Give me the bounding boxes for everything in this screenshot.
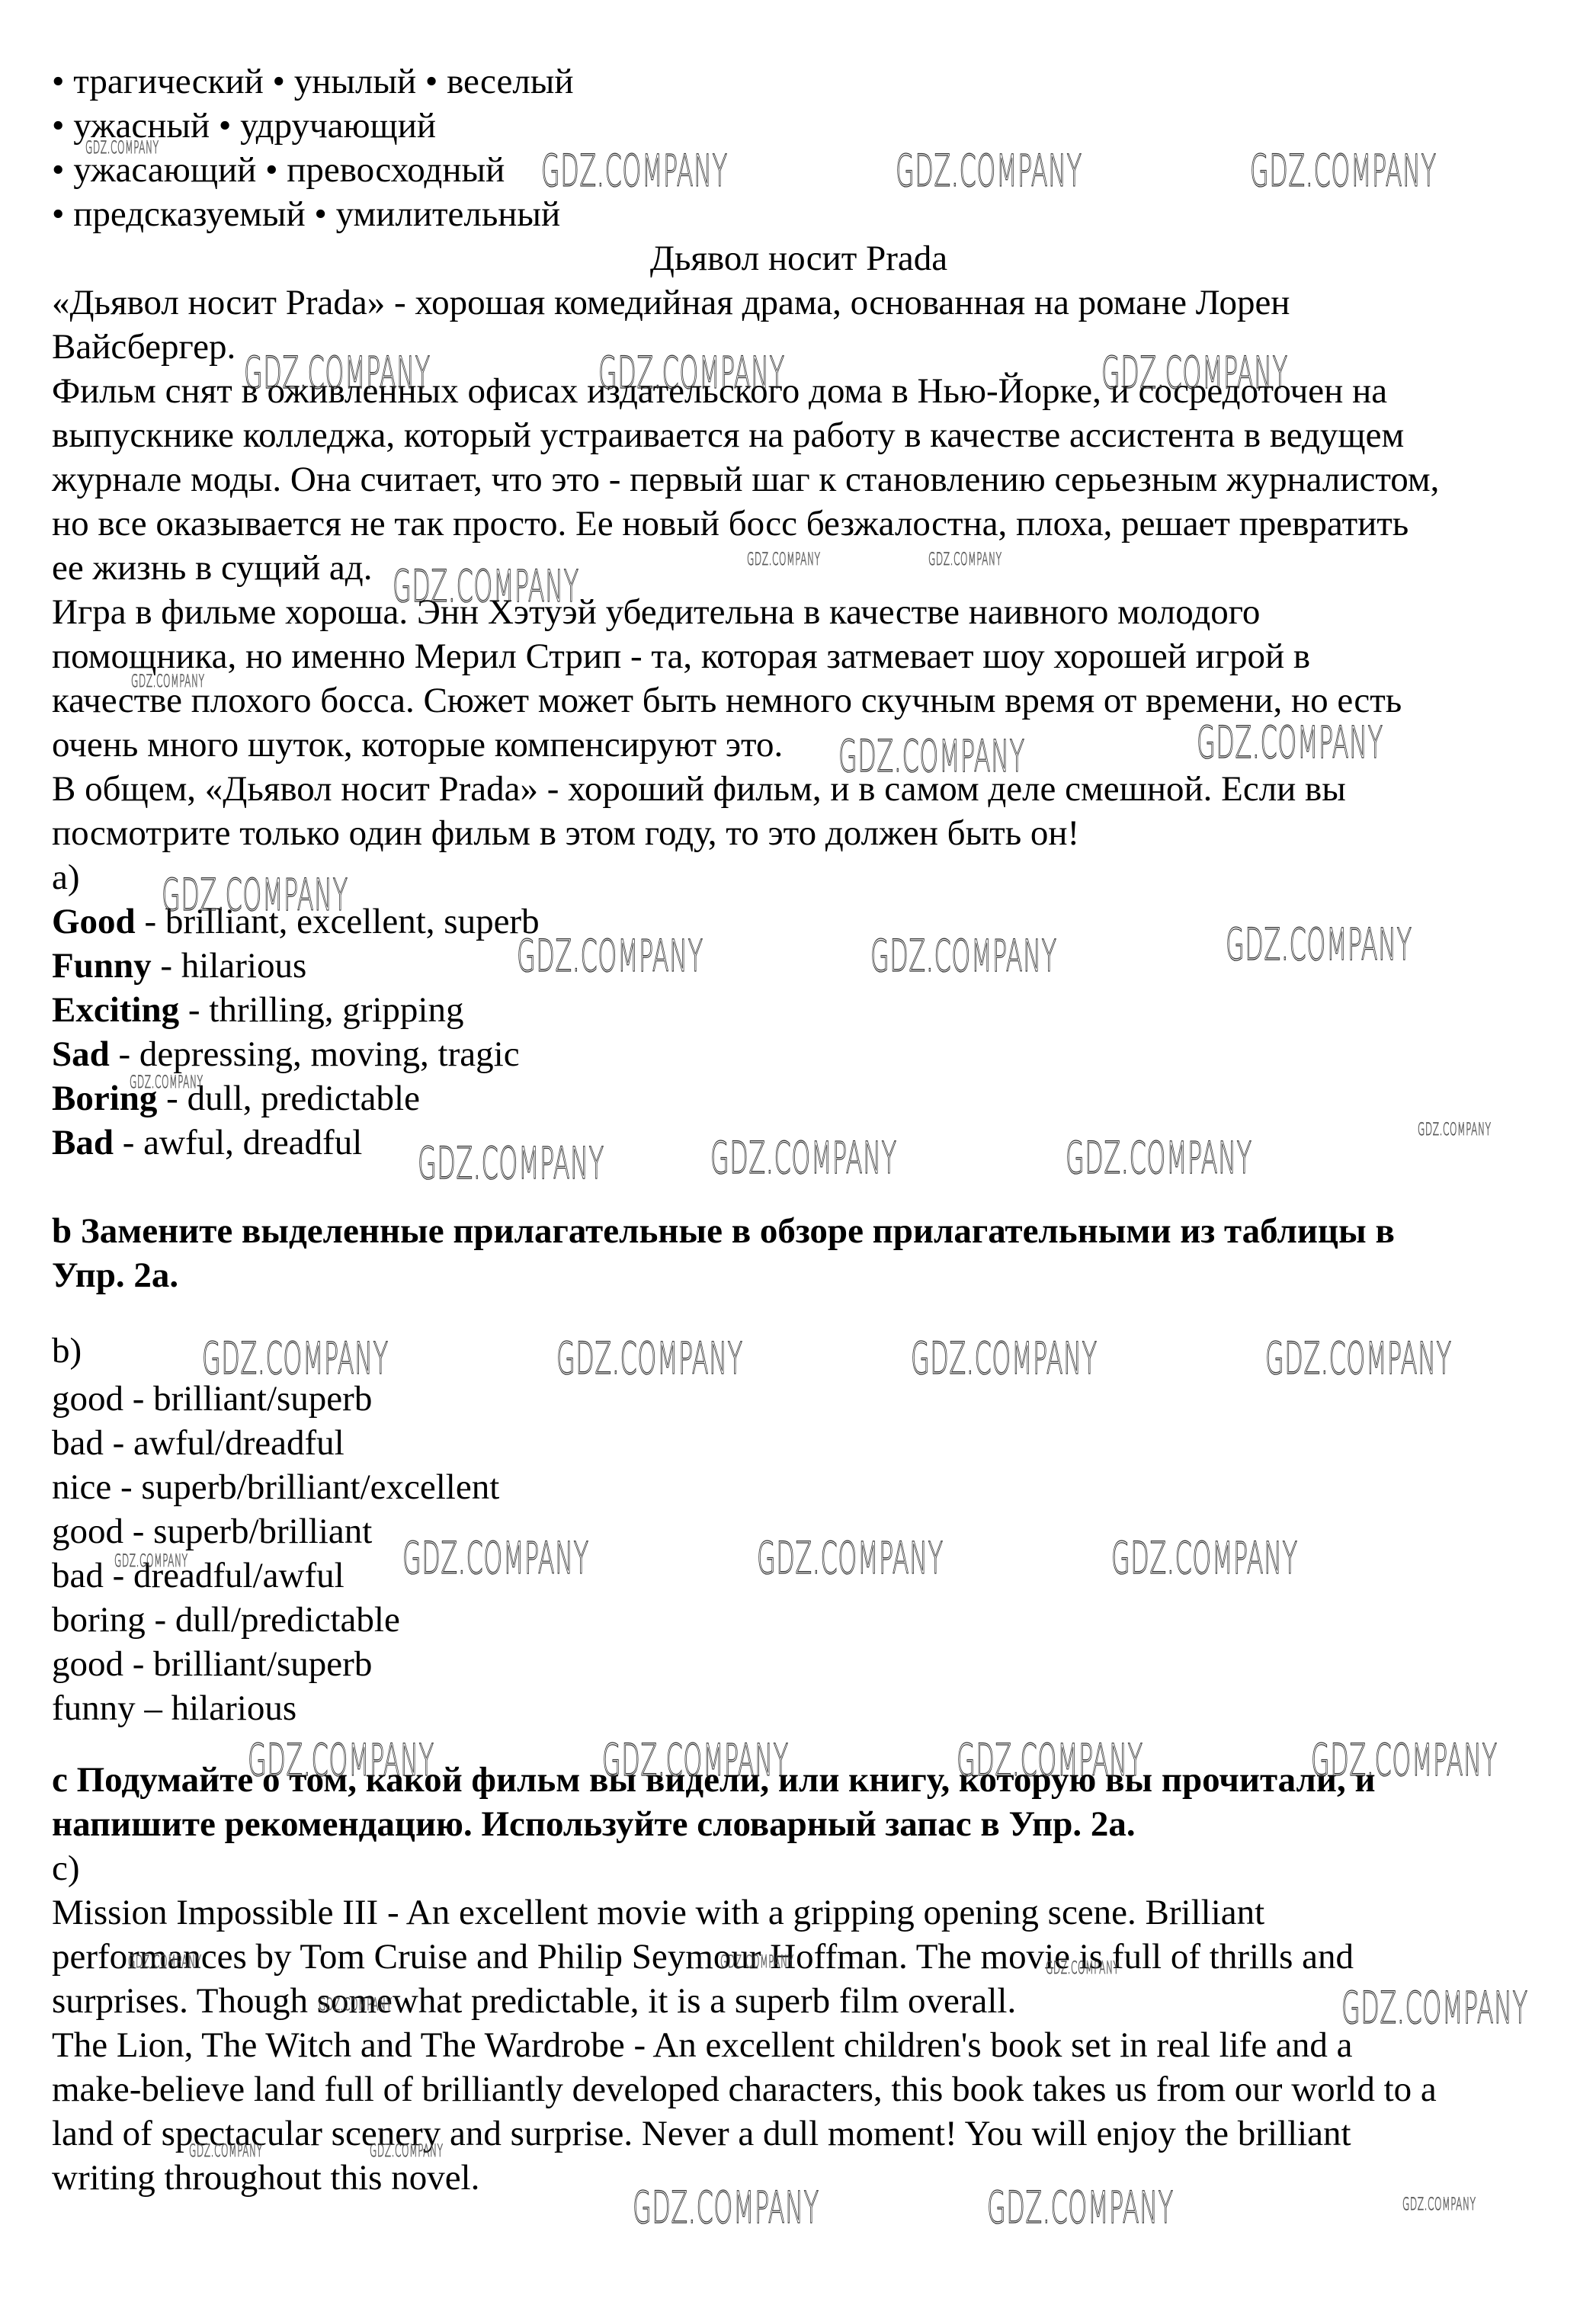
vocab-term: Sad bbox=[52, 1034, 110, 1074]
watermark: GDZ.COMPANY bbox=[1265, 1332, 1452, 1384]
watermark: GDZ.COMPANY bbox=[957, 1734, 1143, 1786]
watermark: GDZ.COMPANY bbox=[1311, 1734, 1498, 1786]
watermark: GDZ.COMPANY bbox=[987, 2182, 1174, 2233]
watermark: GDZ.COMPANY bbox=[911, 1332, 1098, 1384]
review-line: посмотрите только один фильм в этом году… bbox=[52, 811, 1546, 855]
part-c-label: c) bbox=[52, 1846, 1546, 1890]
watermark: GDZ.COMPANY bbox=[1101, 347, 1288, 399]
task-c-line: напишите рекомендацию. Используйте слова… bbox=[52, 1802, 1546, 1846]
watermark: GDZ.COMPANY bbox=[838, 730, 1025, 782]
task-b-line: b Замените выделенные прилагательные в о… bbox=[52, 1209, 1546, 1253]
part-b-section: b) good - brilliant/superb bad - awful/d… bbox=[52, 1325, 1546, 1730]
vocab-synonyms: - thrilling, gripping bbox=[179, 990, 463, 1030]
review-line: журнале моды. Она считает, что это - пер… bbox=[52, 457, 1546, 502]
watermark: GDZ.COMPANY bbox=[393, 560, 579, 612]
watermark: GDZ.COMPANY bbox=[1046, 1959, 1120, 1978]
recommendation-line: The Lion, The Witch and The Wardrobe - A… bbox=[52, 2023, 1546, 2067]
watermark: GDZ.COMPANY bbox=[757, 1532, 944, 1584]
spacer bbox=[52, 1297, 1546, 1325]
answer-row: boring - dull/predictable bbox=[52, 1598, 1546, 1642]
watermark: GDZ.COMPANY bbox=[710, 1132, 897, 1184]
answer-row: good - brilliant/superb bbox=[52, 1642, 1546, 1686]
adjective-line: • предсказуемый • умилительный bbox=[52, 192, 1546, 236]
recommendation-line: make-believe land full of brilliantly de… bbox=[52, 2067, 1546, 2111]
part-c-section: c) Mission Impossible III - An excellent… bbox=[52, 1846, 1546, 2200]
answer-row: nice - superb/brilliant/excellent bbox=[52, 1465, 1546, 1509]
vocab-synonyms: - awful, dreadful bbox=[114, 1123, 362, 1162]
recommendation-line: surprises. Though somewhat predictable, … bbox=[52, 1979, 1546, 2023]
review-line: Игра в фильме хороша. Энн Хэтуэй убедите… bbox=[52, 590, 1546, 634]
adjective-line: • ужасный • удручающий bbox=[52, 104, 1546, 148]
vocab-term: Bad bbox=[52, 1123, 114, 1162]
vocab-term: Funny bbox=[52, 946, 152, 986]
watermark: GDZ.COMPANY bbox=[131, 672, 205, 691]
vocab-row: Exciting - thrilling, gripping bbox=[52, 988, 1546, 1032]
watermark: GDZ.COMPANY bbox=[720, 1953, 794, 1972]
answer-row: funny – hilarious bbox=[52, 1686, 1546, 1730]
watermark: GDZ.COMPANY bbox=[1250, 145, 1437, 197]
watermark: GDZ.COMPANY bbox=[202, 1332, 389, 1384]
watermark: GDZ.COMPANY bbox=[162, 869, 348, 921]
review-line: но все оказывается не так просто. Ее нов… bbox=[52, 502, 1546, 546]
watermark: GDZ.COMPANY bbox=[85, 139, 159, 158]
watermark: GDZ.COMPANY bbox=[541, 145, 728, 197]
watermark: GDZ.COMPANY bbox=[1402, 2195, 1476, 2214]
review-line: В общем, «Дьявол носит Prada» - хороший … bbox=[52, 767, 1546, 811]
watermark: GDZ.COMPANY bbox=[517, 930, 703, 982]
task-b-line: Упр. 2a. bbox=[52, 1253, 1546, 1297]
watermark: GDZ.COMPANY bbox=[128, 1953, 202, 1972]
watermark: GDZ.COMPANY bbox=[244, 347, 431, 399]
vocab-term: Exciting bbox=[52, 990, 179, 1030]
watermark: GDZ.COMPANY bbox=[747, 550, 821, 569]
watermark: GDZ.COMPANY bbox=[189, 2142, 263, 2161]
answer-row: bad - awful/dreadful bbox=[52, 1421, 1546, 1465]
review-title: Дьявол носит Prada bbox=[52, 236, 1546, 281]
watermark: GDZ.COMPANY bbox=[319, 1996, 393, 2015]
watermark: GDZ.COMPANY bbox=[1418, 1121, 1492, 1140]
recommendation-line: performances by Tom Cruise and Philip Se… bbox=[52, 1935, 1546, 1979]
watermark: GDZ.COMPANY bbox=[130, 1073, 204, 1092]
watermark: GDZ.COMPANY bbox=[114, 1552, 188, 1571]
vocab-synonyms: - hilarious bbox=[152, 946, 307, 986]
watermark: GDZ.COMPANY bbox=[418, 1137, 604, 1189]
watermark: GDZ.COMPANY bbox=[1226, 919, 1412, 970]
watermark: GDZ.COMPANY bbox=[370, 2142, 444, 2161]
review-line: «Дьявол носит Prada» - хорошая комедийна… bbox=[52, 281, 1546, 325]
vocab-term: Good bbox=[52, 902, 136, 941]
watermark: GDZ.COMPANY bbox=[602, 1734, 789, 1786]
task-b-instructions: b Замените выделенные прилагательные в о… bbox=[52, 1209, 1546, 1297]
adjective-line: • трагический • унылый • веселый bbox=[52, 59, 1546, 104]
watermark: GDZ.COMPANY bbox=[1197, 717, 1383, 768]
watermark: GDZ.COMPANY bbox=[870, 930, 1057, 982]
review-line: выпускнике колледжа, который устраиваетс… bbox=[52, 413, 1546, 457]
watermark: GDZ.COMPANY bbox=[1111, 1532, 1298, 1584]
watermark: GDZ.COMPANY bbox=[556, 1332, 743, 1384]
watermark: GDZ.COMPANY bbox=[402, 1532, 589, 1584]
recommendation-line: land of spectacular scenery and surprise… bbox=[52, 2111, 1546, 2156]
watermark: GDZ.COMPANY bbox=[1066, 1132, 1252, 1184]
vocab-row: Sad - depressing, moving, tragic bbox=[52, 1032, 1546, 1076]
recommendation-line: Mission Impossible III - An excellent mo… bbox=[52, 1890, 1546, 1935]
watermark: GDZ.COMPANY bbox=[598, 347, 785, 399]
watermark: GDZ.COMPANY bbox=[1341, 1982, 1528, 2034]
watermark: GDZ.COMPANY bbox=[896, 145, 1082, 197]
watermark: GDZ.COMPANY bbox=[928, 550, 1002, 569]
watermark: GDZ.COMPANY bbox=[248, 1734, 434, 1786]
review-line: помощника, но именно Мерил Стрип - та, к… bbox=[52, 634, 1546, 678]
watermark: GDZ.COMPANY bbox=[633, 2182, 819, 2233]
vocab-row: Boring - dull, predictable bbox=[52, 1076, 1546, 1121]
vocab-synonyms: - depressing, moving, tragic bbox=[110, 1034, 520, 1074]
